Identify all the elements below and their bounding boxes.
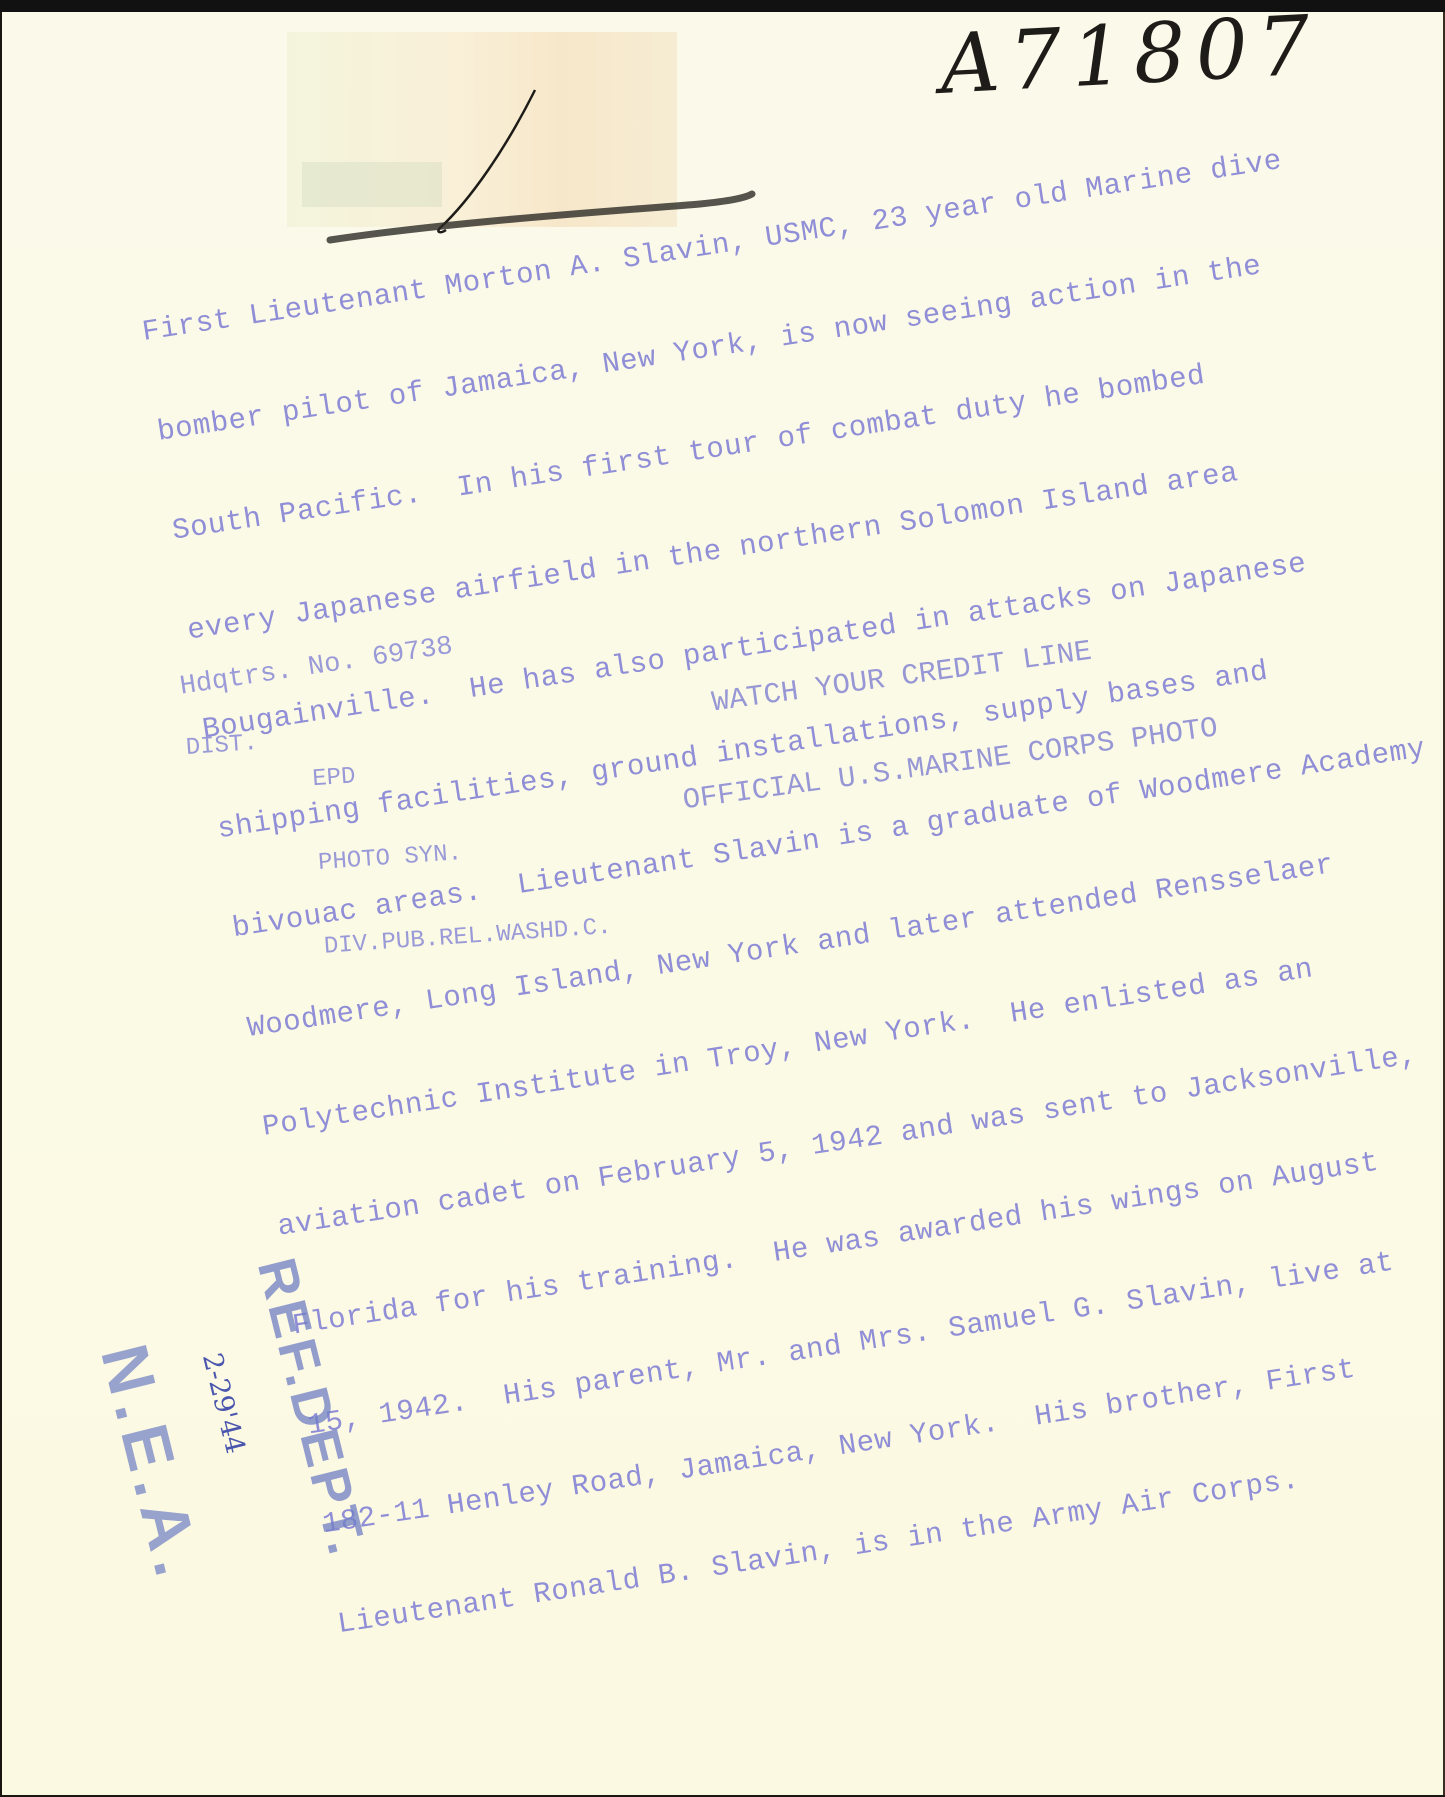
caption-line: Florida for his training. He was awarded… [290,1130,1445,1343]
tape-stain [302,162,442,207]
distribution-item: DIV.PUB.REL.WASHD.C. [323,914,612,962]
caption-line: 15, 1942. His parent, Mr. and Mrs. Samue… [305,1229,1445,1442]
caption-line: 182-11 Henley Road, Jamaica, New York. H… [320,1328,1445,1541]
caption-line: bomber pilot of Jamaica, New York, is no… [155,235,1353,448]
caption-line: South Pacific. In his first tour of comb… [170,335,1368,548]
credit-line-notice: WATCH YOUR CREDIT LINE [668,620,1207,724]
distribution-list: EPD PHOTO SYN. DIV.PUB.REL.WASHD.C. [308,690,617,1017]
distribution-label: DIST. [185,730,259,763]
distribution-item: EPD [311,746,600,794]
distribution-block: DIST. EPD PHOTO SYN. DIV.PUB.REL.WASHD.C… [185,733,220,819]
distribution-item: PHOTO SYN. [317,830,606,878]
caption-line: aviation cadet on February 5, 1942 and w… [275,1030,1445,1243]
